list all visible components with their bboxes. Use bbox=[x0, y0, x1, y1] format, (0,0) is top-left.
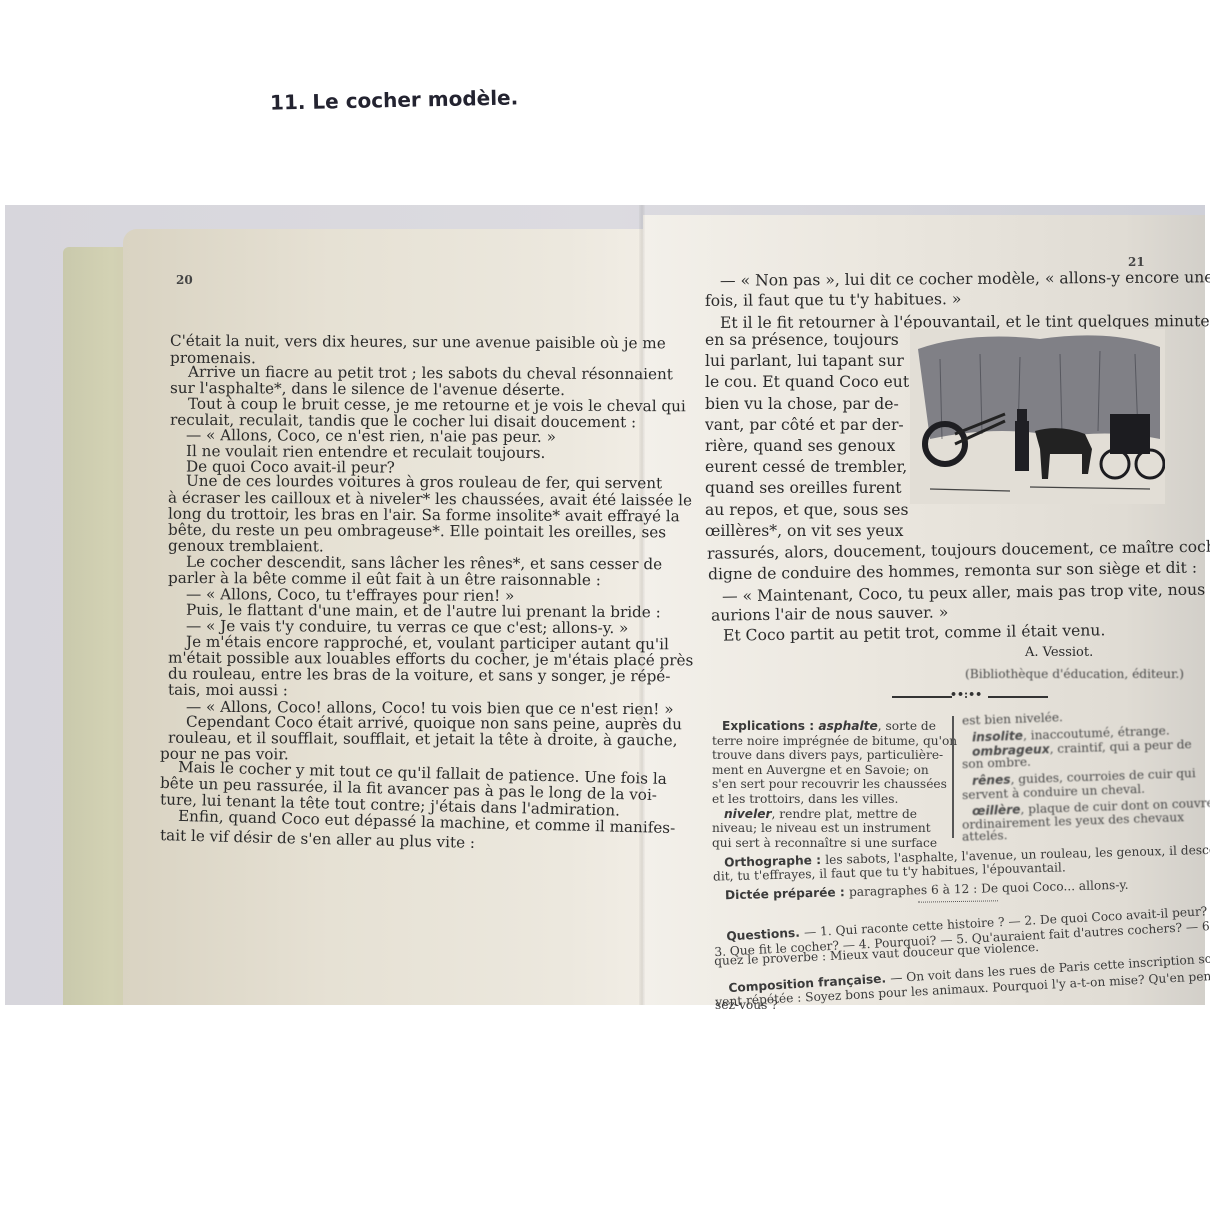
glossary-definition: terre noire imprégnée de bitume, qu'on bbox=[712, 734, 957, 748]
glossary-term: niveler bbox=[724, 807, 772, 821]
left-page-number: 20 bbox=[176, 273, 193, 287]
chapter-title: 11. Le cocher modèle. bbox=[270, 85, 519, 114]
column-rule bbox=[952, 716, 954, 838]
glossary-line: terre noire imprégnée de bitume, qu'on bbox=[712, 735, 957, 747]
glossary-line: est bien nivelée. bbox=[962, 711, 1063, 727]
text-line: le cou. Et quand Coco eut bbox=[705, 375, 909, 391]
glossary-line: ment en Auvergne et en Savoie; on bbox=[712, 764, 929, 776]
glossary-line: attelés. bbox=[962, 829, 1008, 843]
glossary-definition: ment en Auvergne et en Savoie; on bbox=[712, 763, 929, 777]
glossary-line: Explications : asphalte, sorte de bbox=[722, 720, 936, 732]
glossary-line: niveau; le niveau est un instrument bbox=[712, 822, 931, 834]
glossary-definition: , sorte de bbox=[878, 719, 936, 733]
text-line: au repos, et que, sous ses bbox=[705, 503, 909, 519]
right-page-number: 21 bbox=[1128, 255, 1145, 269]
text-line: — « Non pas », lui dit ce cocher modèle,… bbox=[720, 270, 1210, 289]
section-divider-left bbox=[892, 696, 952, 698]
glossary-line: niveler, rendre plat, mettre de bbox=[724, 808, 917, 820]
glossary-definition: , rendre plat, mettre de bbox=[772, 807, 917, 821]
glossary-definition: trouve dans divers pays, particulière- bbox=[712, 748, 943, 762]
watermark-logo: BiblioToc bbox=[138, 106, 272, 141]
glossary-line: et les trottoirs, dans les villes. bbox=[712, 793, 898, 805]
glossary-term: asphalte bbox=[818, 719, 877, 733]
text-line: aurions l'air de nous sauver. » bbox=[711, 605, 949, 624]
text-line: (Bibliothèque d'éducation, éditeur.) bbox=[965, 668, 1184, 680]
text-line: rière, quand ses genoux bbox=[705, 439, 895, 455]
glossary-line: son ombre. bbox=[962, 756, 1031, 771]
engraving-illustration bbox=[910, 329, 1165, 504]
glossary-line: qui sert à reconnaître si une surface bbox=[712, 837, 937, 849]
glossary-definition: niveau; le niveau est un instrument bbox=[712, 821, 931, 835]
exercise-text: sez-vous ? bbox=[715, 998, 778, 1012]
text-line: eurent cessé de trembler, bbox=[705, 460, 907, 476]
glossary-line: trouve dans divers pays, particulière- bbox=[712, 749, 943, 761]
glossary-term: insolite bbox=[972, 728, 1023, 744]
text-line: tais, moi aussi : bbox=[168, 683, 288, 699]
text-line: fois, il faut que tu t'y habitues. » bbox=[705, 292, 962, 309]
exercise-line: sez-vous ? bbox=[715, 999, 778, 1011]
glossary-definition: et les trottoirs, dans les villes. bbox=[712, 792, 898, 806]
glossary-definition: attelés. bbox=[962, 828, 1008, 844]
text-line: vant, par côté et par der- bbox=[705, 418, 904, 434]
text-line: œillères*, on vit ses yeux bbox=[705, 524, 903, 540]
glossary-definition: s'en sert pour recouvrir les chaussées bbox=[712, 777, 947, 791]
text-line: A. Vessiot. bbox=[1025, 646, 1093, 659]
text-line: bien vu la chose, par de- bbox=[705, 397, 899, 413]
text-line: lui parlant, lui tapant sur bbox=[705, 354, 904, 370]
text-line: en sa présence, toujours bbox=[705, 333, 899, 349]
glossary-definition: qui sert à reconnaître si une surface bbox=[712, 836, 937, 850]
glossary-definition: son ombre. bbox=[962, 755, 1031, 771]
glossary-line: s'en sert pour recouvrir les chaussées bbox=[712, 778, 947, 790]
section-divider-right bbox=[988, 696, 1048, 698]
explications-label: Explications : bbox=[722, 719, 818, 733]
divider-ornament: ••:•• bbox=[950, 688, 982, 701]
text-line: quand ses oreilles furent bbox=[705, 481, 902, 497]
